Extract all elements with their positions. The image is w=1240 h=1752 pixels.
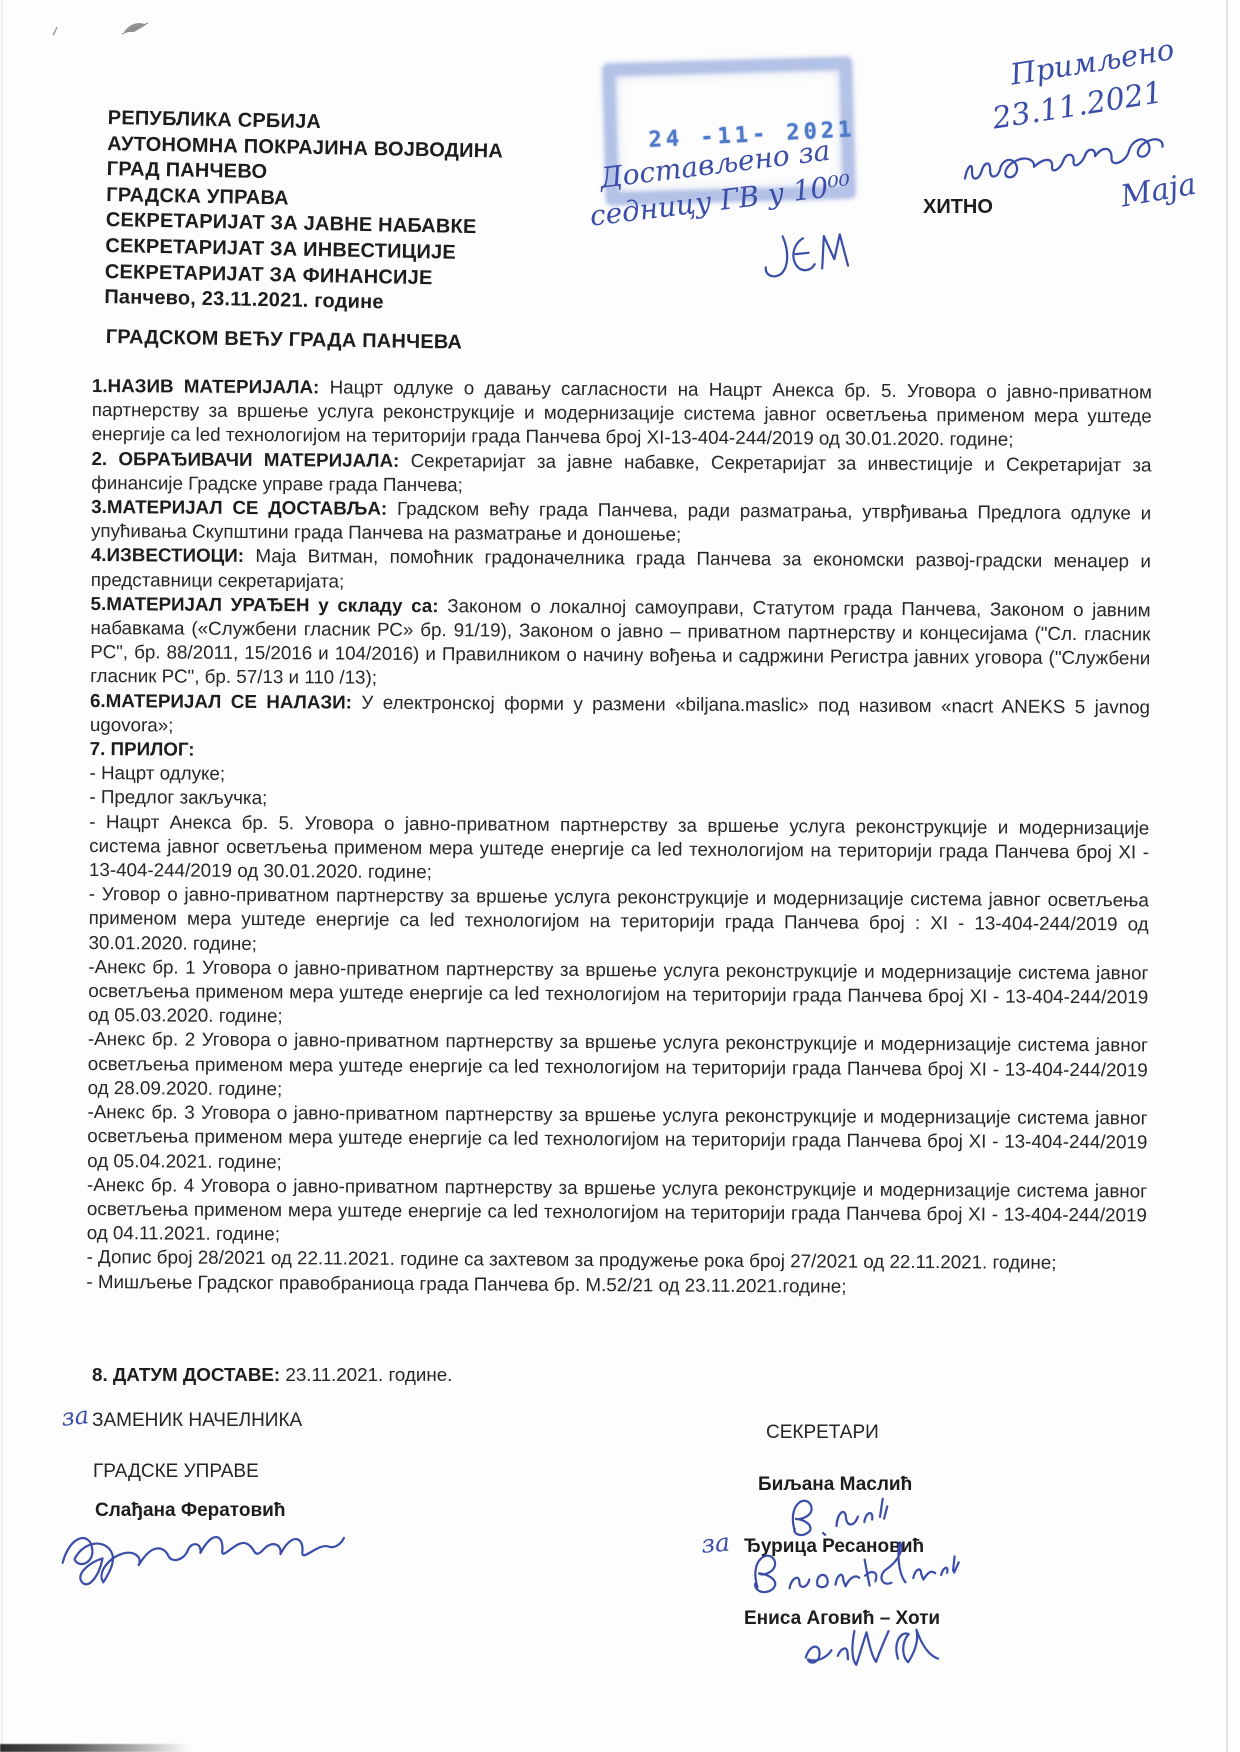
document-body: 1.НАЗИВ МАТЕРИЈАЛА: Нацрт одлуке о давањ… (86, 374, 1152, 1300)
attachment-item: -Анекс бр. 1 Уговора о јавно-приватном п… (88, 955, 1148, 1034)
right-signers-heading: СЕКРЕТАРИ (766, 1422, 879, 1444)
attachment-item: -Анекс бр. 3 Уговора о јавно-приватном п… (87, 1100, 1147, 1179)
delivery-date-label: 8. ДАТУМ ДОСТАВЕ: (92, 1364, 280, 1385)
delivery-date-value: 23.11.2021. године. (285, 1364, 452, 1385)
stray-pen-mark-2 (120, 18, 150, 38)
signature-sladjana-feratovic (55, 1506, 350, 1594)
section-5-label: 5.МАТЕРИЈАЛ УРАЂЕН у складу са: (91, 593, 439, 616)
section-6: 6.МАТЕРИЈАЛ СЕ НАЛАЗИ: У електронској фо… (90, 689, 1150, 744)
left-signer-title-1: ЗАМЕНИК НАЧЕЛНИКА (92, 1410, 302, 1432)
scan-edge-left (1, 0, 3, 1752)
handwritten-za-left: за (60, 1401, 90, 1432)
stamp-handwritten-initials-signature (748, 221, 858, 288)
scan-edge-right (1226, 0, 1228, 1752)
received-note-name: Маја (1118, 167, 1199, 215)
signature-enisa-agovic-hoti (796, 1616, 947, 1676)
letterhead: РЕПУБЛИКА СРБИЈА АУТОНОМНА ПОКРАЈИНА ВОЈ… (104, 106, 504, 318)
section-1-label: 1.НАЗИВ МАТЕРИЈАЛА: (92, 375, 320, 397)
left-signer-title-2: ГРАДСКЕ УПРАВЕ (93, 1461, 259, 1483)
signature-djurica-resanovic (740, 1536, 962, 1604)
attachment-item: -Анекс бр. 2 Уговора о јавно-приватном п… (88, 1027, 1148, 1106)
section-6-label: 6.МАТЕРИЈАЛ СЕ НАЛАЗИ: (90, 690, 352, 713)
section-1: 1.НАЗИВ МАТЕРИЈАЛА: Нацрт одлуке о давањ… (92, 374, 1152, 453)
section-3-label: 3.МАТЕРИЈАЛ СЕ ДОСТАВЉА: (91, 496, 387, 519)
attachment-item: -Анекс бр. 4 Уговора о јавно-приватном п… (87, 1173, 1147, 1252)
handwritten-za-right: за (700, 1528, 731, 1559)
section-4: 4.ИЗВЕСТИОЦИ: Маја Витман, помоћник град… (91, 543, 1151, 598)
recipient-heading: ГРАДСКОМ ВЕЋУ ГРАДА ПАНЧЕВА (106, 326, 463, 355)
section-5: 5.МАТЕРИЈАЛ УРАЂЕН у складу са: Законом … (90, 592, 1151, 695)
attachment-item: - Уговор о јавно-приватном партнерству з… (88, 882, 1148, 961)
section-2: 2. ОБРАЂИВАЧИ МАТЕРИЈАЛА: Секретаријат з… (91, 447, 1151, 502)
section-4-label: 4.ИЗВЕСТИОЦИ: (91, 544, 244, 566)
scanned-document-page: РЕПУБЛИКА СРБИЈА АУТОНОМНА ПОКРАЈИНА ВОЈ… (0, 0, 1240, 1752)
urgent-label: ХИТНО (923, 196, 993, 219)
section-2-label: 2. ОБРАЂИВАЧИ МАТЕРИЈАЛА: (91, 448, 399, 471)
section-3: 3.МАТЕРИЈАЛ СЕ ДОСТАВЉА: Градском већу г… (91, 495, 1151, 550)
stray-pen-mark-1 (48, 22, 68, 40)
delivery-date-row: 8. ДАТУМ ДОСТАВЕ: 23.11.2021. године. (92, 1364, 452, 1386)
scan-bottom-smudge (0, 1744, 190, 1752)
section-4-text: Маја Витман, помоћник градоначелника гра… (91, 545, 1151, 591)
attachment-item: - Нацрт Анекса бр. 5. Уговора о јавно-пр… (89, 810, 1149, 889)
